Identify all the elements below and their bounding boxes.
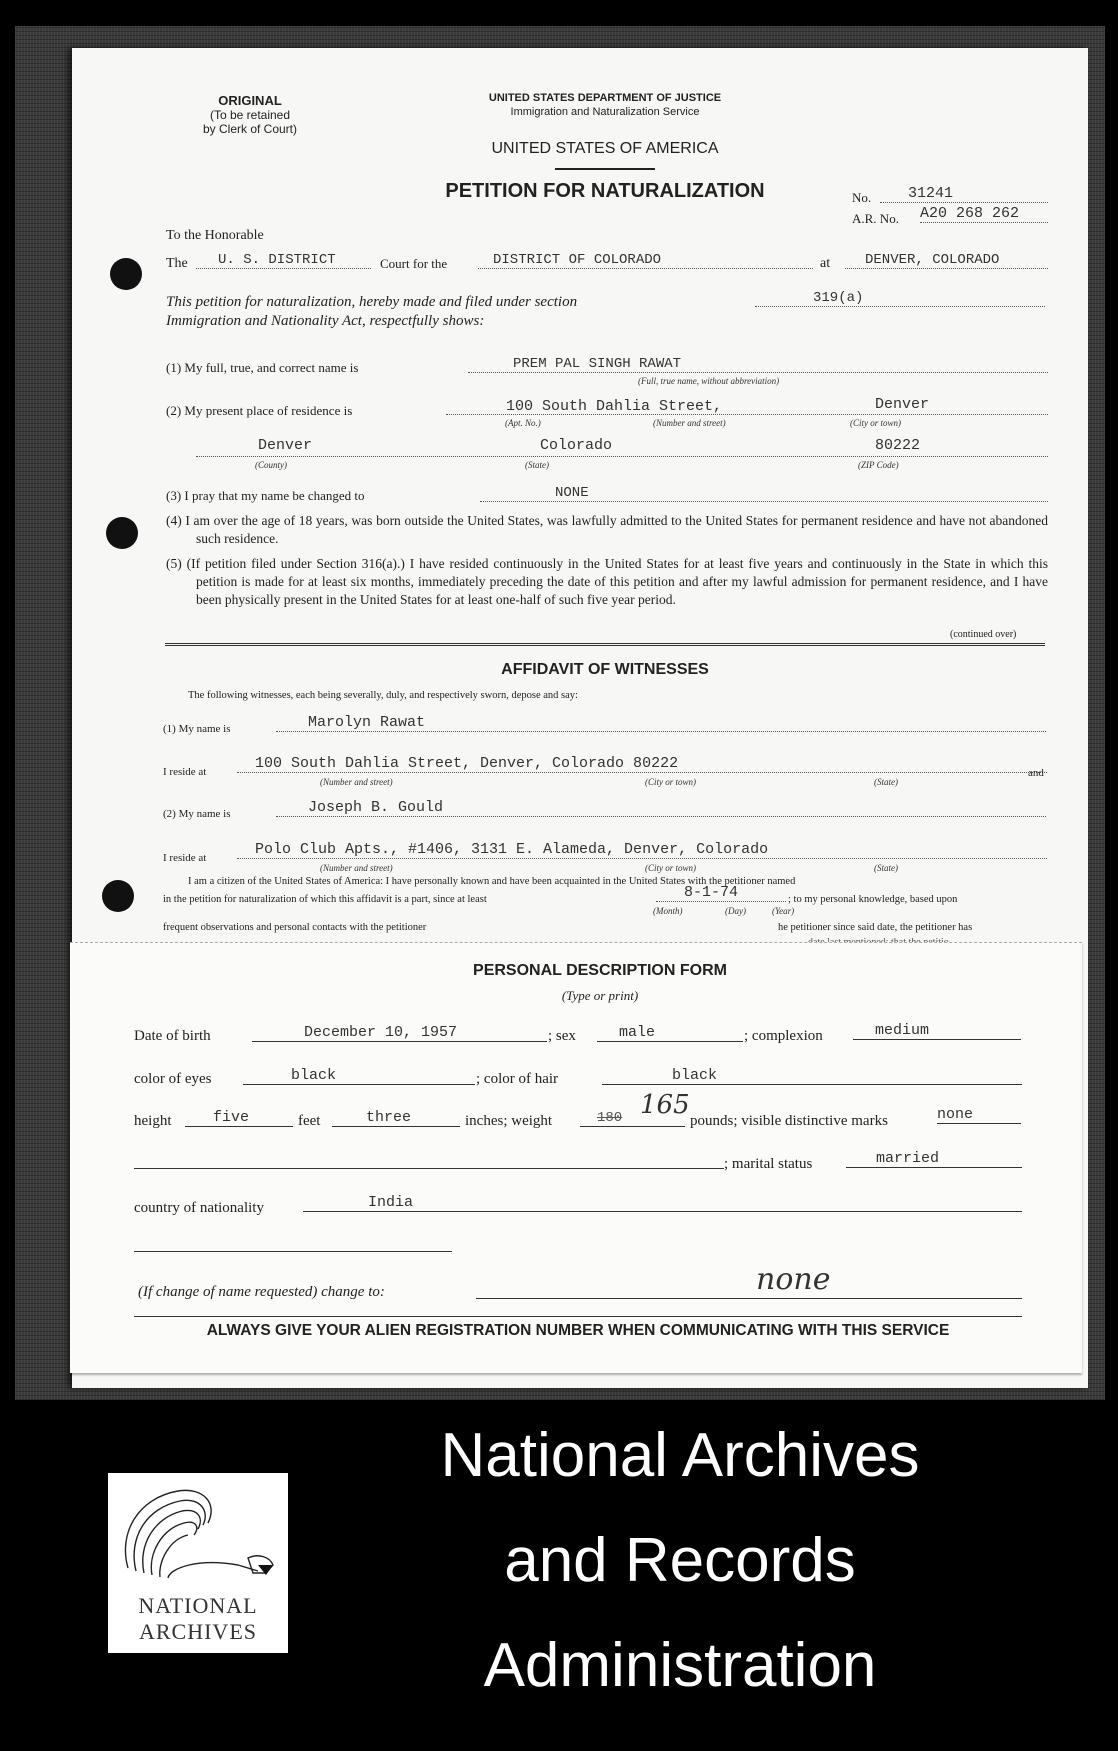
name-change-request-label: (If change of name requested) change to: [138, 1284, 385, 1301]
city-value: Denver [875, 396, 929, 413]
witness-2-label: (2) My name is [163, 808, 231, 820]
residence-label: (2) My present place of residence is [166, 403, 352, 419]
intro-text: Immigration and Nationality Act, respect… [166, 313, 484, 330]
marks-continuation-line [134, 1168, 724, 1169]
section-divider [165, 643, 1045, 646]
street-hint: (Number and street) [653, 418, 726, 428]
zip-value: 80222 [875, 437, 920, 454]
apt-hint: (Apt. No.) [505, 418, 541, 428]
county-value: Denver [258, 437, 312, 454]
name-change-line [476, 1298, 1022, 1299]
logo-text: NATIONAL [108, 1593, 288, 1619]
name-change-label: (3) I pray that my name be changed to [166, 488, 365, 504]
city-hint: (City or town) [645, 863, 696, 873]
state-hint: (State) [874, 777, 898, 787]
blank-line [134, 1251, 452, 1252]
pounds-label: pounds; visible distinctive marks [690, 1113, 888, 1130]
height-inches-value: three [332, 1109, 460, 1127]
inches-label: inches; weight [465, 1113, 552, 1130]
punch-hole [110, 258, 142, 290]
reside-label: I reside at [163, 852, 206, 864]
citizen-text: ; to my personal knowledge, based upon [788, 894, 957, 905]
retained-label: (To be retained [180, 108, 320, 122]
court-for-label: Court for the [380, 256, 447, 272]
name-hint: (Full, true name, without abbreviation) [638, 376, 779, 386]
personal-form-subtitle: (Type or print) [450, 988, 750, 1004]
state-hint: (State) [874, 863, 898, 873]
service-label: Immigration and Naturalization Service [440, 106, 770, 118]
section-number: 319(a) [755, 290, 1045, 307]
punch-hole [106, 517, 138, 549]
district-name: DISTRICT OF COLORADO [478, 252, 813, 269]
dob-label: Date of birth [134, 1028, 211, 1045]
ar-number: A20 268 262 [920, 205, 1048, 223]
height-feet-value: five [185, 1109, 293, 1127]
complexion-label: ; complexion [744, 1028, 823, 1045]
nationality-value: India [303, 1194, 1022, 1212]
complexion-value: medium [853, 1022, 1021, 1040]
retained-label: by Clerk of Court) [180, 122, 320, 136]
honorable-label: To the Honorable [166, 228, 264, 244]
citizen-text: he petitioner since said date, the petit… [778, 922, 972, 933]
month-hint: (Month) [653, 906, 683, 916]
nationality-label: country of nationality [134, 1200, 264, 1217]
personal-form-title: PERSONAL DESCRIPTION FORM [400, 962, 800, 980]
city-hint: (City or town) [645, 777, 696, 787]
court-location: DENVER, COLORADO [845, 252, 1048, 269]
number-street-hint: (Number and street) [320, 863, 393, 873]
item-5-text: (5) (If petition filed under Section 316… [166, 555, 1048, 609]
feet-label: feet [298, 1113, 320, 1130]
weight-struck-value: 180 [597, 1110, 622, 1126]
year-hint: (Year) [772, 906, 794, 916]
weight-value: 165 [640, 1090, 690, 1120]
witness-2-address: Polo Club Apts., #1406, 3131 E. Alameda,… [237, 841, 1047, 859]
the-label: The [166, 256, 188, 272]
continued-label: (continued over) [950, 629, 1016, 640]
punch-hole [102, 880, 134, 912]
day-hint: (Day) [725, 906, 746, 916]
eyes-value: black [243, 1067, 475, 1085]
divider [555, 168, 655, 170]
court-name: U. S. DISTRICT [196, 252, 371, 269]
eagle-icon [108, 1473, 288, 1593]
acquainted-since-date: 8-1-74 [656, 884, 786, 902]
witness-2-name: Joseph B. Gould [276, 799, 1046, 817]
name-label: (1) My full, true, and correct name is [166, 360, 358, 376]
divider [134, 1316, 1022, 1317]
petitioner-name: PREM PAL SINGH RAWAT [468, 356, 1048, 373]
marital-label: ; marital status [724, 1156, 812, 1173]
witness-1-label: (1) My name is [163, 723, 231, 735]
eyes-label: color of eyes [134, 1071, 211, 1088]
sex-label: ; sex [548, 1028, 576, 1045]
reside-label: I reside at [163, 766, 206, 778]
registration-notice: ALWAYS GIVE YOUR ALIEN REGISTRATION NUMB… [134, 1322, 1022, 1340]
citizen-text: in the petition for naturalization of wh… [163, 894, 487, 905]
archives-title-line: National Archives [320, 1410, 1040, 1502]
at-label: at [820, 256, 830, 272]
page-title: PETITION FOR NATURALIZATION [430, 180, 780, 203]
archives-title-line: and Records [320, 1515, 1040, 1607]
no-label: No. [852, 190, 871, 206]
affidavit-title: AFFIDAVIT OF WITNESSES [400, 661, 810, 679]
number-street-hint: (Number and street) [320, 777, 393, 787]
street-value: 100 South Dahlia Street, [506, 398, 722, 415]
affidavit-intro: The following witnesses, each being seve… [188, 690, 578, 701]
name-change-value: NONE [480, 485, 1048, 502]
zip-hint: (ZIP Code) [858, 460, 899, 470]
hair-label: ; color of hair [476, 1071, 558, 1088]
weight-line [580, 1126, 685, 1127]
height-label: height [134, 1113, 172, 1130]
national-archives-logo: NATIONAL ARCHIVES [108, 1473, 288, 1653]
dob-value: December 10, 1957 [252, 1024, 547, 1042]
archives-title-line: Administration [320, 1620, 1040, 1712]
witness-1-address: 100 South Dahlia Street, Denver, Colorad… [237, 755, 1047, 773]
item-4-text: (4) I am over the age of 18 years, was b… [166, 512, 1048, 548]
petition-number: 31241 [880, 185, 1048, 203]
state-hint: (State) [525, 460, 549, 470]
and-label: and [1028, 767, 1044, 779]
marks-value: none [937, 1106, 1021, 1124]
original-label: ORIGINAL [190, 93, 310, 108]
citizen-text: frequent observations and personal conta… [163, 922, 426, 933]
country-label: UNITED STATES OF AMERICA [440, 140, 770, 158]
witness-1-name: Marolyn Rawat [276, 714, 1046, 732]
hair-value: black [602, 1067, 1022, 1085]
logo-text: ARCHIVES [108, 1619, 288, 1645]
county-hint: (County) [255, 460, 287, 470]
sex-value: male [597, 1024, 743, 1042]
state-value: Colorado [540, 437, 612, 454]
city-hint: (City or town) [850, 418, 901, 428]
department-label: UNITED STATES DEPARTMENT OF JUSTICE [440, 92, 770, 104]
name-change-handwritten: none [756, 1262, 830, 1297]
ar-label: A.R. No. [852, 211, 899, 227]
address-line [196, 456, 1048, 457]
marital-value: married [846, 1150, 1022, 1168]
intro-text: This petition for naturalization, hereby… [166, 294, 577, 311]
